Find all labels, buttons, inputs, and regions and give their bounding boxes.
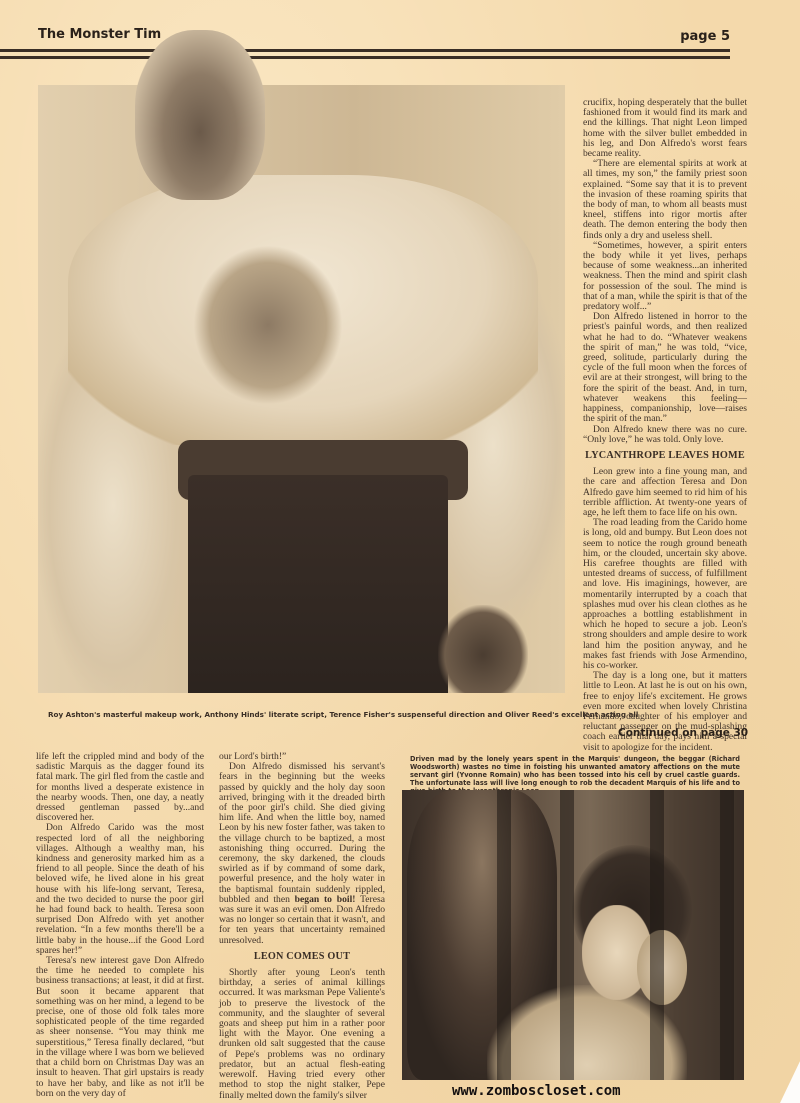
paragraph: life left the crippled mind and body of … bbox=[36, 752, 204, 823]
paragraph: The day is a long one, but it matters li… bbox=[583, 671, 747, 753]
paragraph: Don Alfredo knew there was no cure. “Onl… bbox=[583, 425, 747, 445]
header-rule-top bbox=[0, 49, 730, 52]
second-photo-caption: Driven mad by the lonely years spent in … bbox=[410, 755, 740, 795]
subheading: LEON COMES OUT bbox=[219, 952, 385, 962]
paragraph-text: Don Alfredo dismissed his servant's fear… bbox=[219, 761, 385, 905]
publication-name: The Monster Tim bbox=[38, 27, 161, 42]
dark-trousers bbox=[188, 475, 448, 693]
newspaper-page: The Monster Tim page 5 Roy Ashton's mast… bbox=[0, 0, 800, 1103]
paragraph: Don Alfredo listened in horror to the pr… bbox=[583, 312, 747, 424]
prison-cell-photo bbox=[402, 790, 744, 1080]
subheading: LYCANTHROPE LEAVES HOME bbox=[583, 451, 747, 461]
paragraph: Leon grew into a fine young man, and the… bbox=[583, 467, 747, 518]
werewolf-photo bbox=[38, 85, 565, 693]
continued-link: Continued on page 30 bbox=[618, 727, 748, 739]
page-number: page 5 bbox=[680, 29, 730, 44]
cell-bar bbox=[720, 790, 734, 1080]
paragraph: Don Alfredo Carido was the most respecte… bbox=[36, 823, 204, 956]
article-column-1: life left the crippled mind and body of … bbox=[36, 752, 204, 1099]
hairy-chest bbox=[193, 245, 343, 405]
paragraph: Teresa's new interest gave Don Alfredo t… bbox=[36, 956, 204, 1099]
watermark: www.zomboscloset.com bbox=[452, 1083, 621, 1099]
paragraph: “There are elemental spirits at work at … bbox=[583, 159, 747, 241]
paragraph: The road leading from the Carido home is… bbox=[583, 518, 747, 671]
paragraph: “Sometimes, however, a spirit enters the… bbox=[583, 241, 747, 312]
clawed-hand bbox=[438, 605, 528, 693]
article-column-right: crucifix, hoping desperately that the bu… bbox=[583, 98, 747, 753]
paragraph: Shortly after young Leon's tenth birthda… bbox=[219, 968, 385, 1101]
paragraph: Don Alfredo dismissed his servant's fear… bbox=[219, 762, 385, 946]
main-photo-caption: Roy Ashton's masterful makeup work, Anth… bbox=[48, 710, 568, 719]
cell-bar bbox=[560, 790, 574, 1080]
cell-bar bbox=[497, 790, 511, 1080]
cell-bar bbox=[650, 790, 664, 1080]
article-column-2: our Lord's birth!” Don Alfredo dismissed… bbox=[219, 752, 385, 1101]
werewolf-head bbox=[135, 30, 265, 200]
header-rule-bottom bbox=[0, 56, 730, 59]
paragraph: crucifix, hoping desperately that the bu… bbox=[583, 98, 747, 159]
